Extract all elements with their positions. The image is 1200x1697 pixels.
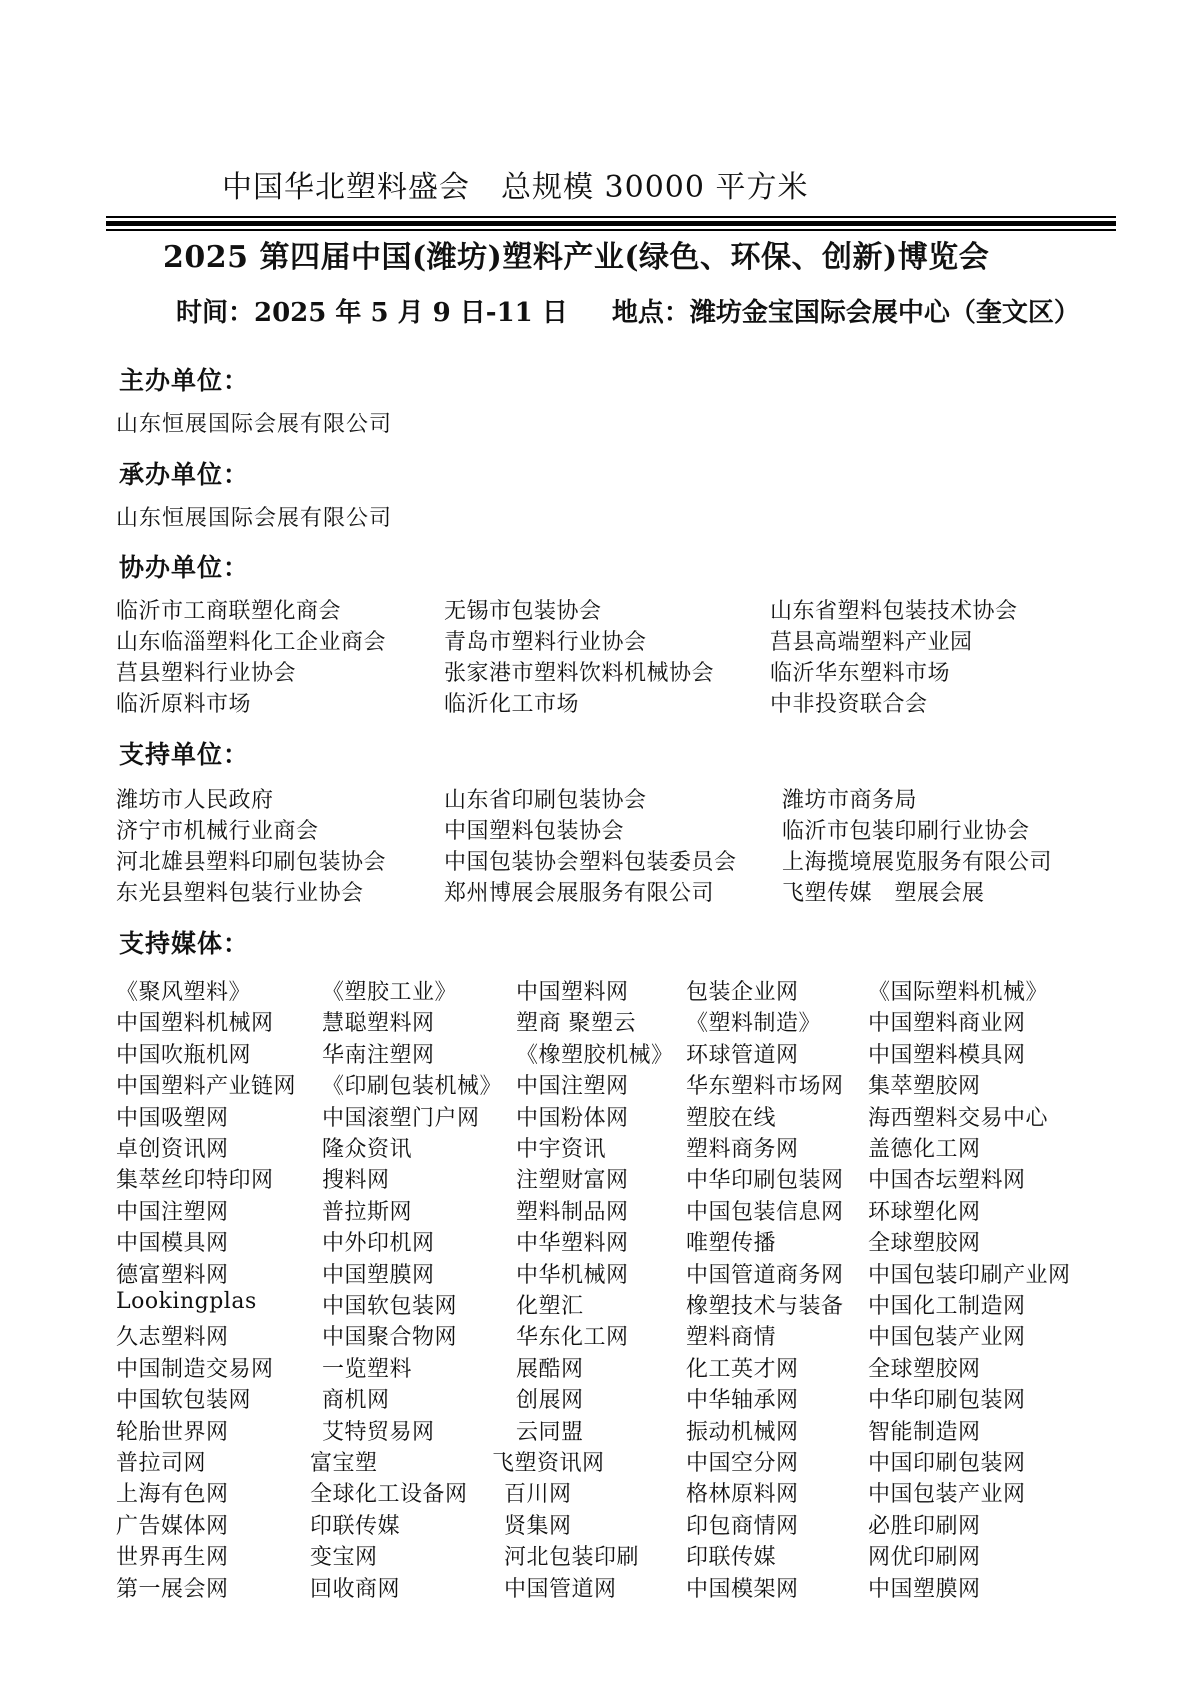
media-outlet: 世界再生网 [116,1540,229,1571]
media-outlet: 轮胎世界网 [116,1415,229,1446]
media-outlet: 中国模架网 [686,1572,799,1603]
media-outlet: 塑胶在线 [686,1101,776,1132]
media-outlet: 印包商情网 [686,1509,799,1540]
media-outlet: 全球化工设备网 [310,1477,468,1508]
supporter: 山东省印刷包装协会 [444,783,647,814]
media-label: 支持媒体： [119,924,249,960]
media-outlet: 中国粉体网 [516,1101,629,1132]
sponsor-value: 山东恒展国际会展有限公司 [116,407,392,438]
media-outlet: 德富塑料网 [116,1258,229,1289]
supporters-label: 支持单位： [119,735,249,771]
event-info-line: 时间：2025 年 5 月 9 日-11 日地点：潍坊金宝国际会展中心（奎文区） [176,292,1080,329]
media-outlet: 唯塑传播 [686,1226,776,1257]
media-outlet: 中国塑料商业网 [868,1006,1026,1037]
media-outlet: 中国包装产业网 [868,1320,1026,1351]
media-outlet: 回收商网 [310,1572,400,1603]
media-outlet: 盖德化工网 [868,1132,981,1163]
media-outlet: 塑料商务网 [686,1132,799,1163]
media-outlet: 中国制造交易网 [116,1352,274,1383]
media-outlet: 华南注塑网 [322,1038,435,1069]
divider-thin-bottom [106,229,1116,231]
media-outlet: 变宝网 [310,1540,378,1571]
media-outlet: 《橡塑胶机械》 [516,1038,674,1069]
media-outlet: 塑商 聚塑云 [516,1006,636,1037]
media-outlet: 塑料制品网 [516,1195,629,1226]
media-outlet: 包装企业网 [686,975,799,1006]
media-outlet: 百川网 [504,1477,572,1508]
supporter: 潍坊市人民政府 [116,783,274,814]
organizer-label: 承办单位： [119,455,249,491]
co-organizers-label: 协办单位： [119,548,249,584]
supporter: 临沂市包装印刷行业协会 [782,814,1030,845]
media-outlet: 华东塑料市场网 [686,1069,844,1100]
media-outlet: 必胜印刷网 [868,1509,981,1540]
media-outlet: 华东化工网 [516,1320,629,1351]
media-outlet: 全球塑胶网 [868,1352,981,1383]
media-outlet: 塑料商情 [686,1320,776,1351]
media-outlet: 中国塑料产业链网 [116,1069,296,1100]
co-organizer: 临沂华东塑料市场 [770,656,950,687]
media-outlet: 中华机械网 [516,1258,629,1289]
co-organizer: 临沂化工市场 [444,687,579,718]
organizer-value: 山东恒展国际会展有限公司 [116,501,392,532]
media-outlet: 《塑料制造》 [686,1006,821,1037]
media-outlet: 中国模具网 [116,1226,229,1257]
media-outlet: 中国注塑网 [116,1195,229,1226]
media-outlet: 全球塑胶网 [868,1226,981,1257]
media-outlet: 创展网 [516,1383,584,1414]
media-outlet: 中华塑料网 [516,1226,629,1257]
media-outlet: 展酷网 [516,1352,584,1383]
media-outlet: 中外印机网 [322,1226,435,1257]
co-organizer: 临沂市工商联塑化商会 [116,594,341,625]
media-outlet: 中国印刷包装网 [868,1446,1026,1477]
media-outlet: 中国塑料网 [516,975,629,1006]
media-outlet: 印联传媒 [686,1540,776,1571]
media-outlet: 振动机械网 [686,1415,799,1446]
media-outlet: 中国塑膜网 [322,1258,435,1289]
co-organizer: 山东省塑料包装技术协会 [770,594,1018,625]
media-outlet: 《聚风塑料》 [116,975,251,1006]
co-organizer: 张家港市塑料饮料机械协会 [444,656,714,687]
media-outlet: 中国塑料机械网 [116,1006,274,1037]
media-outlet: Lookingplas [116,1289,257,1314]
media-outlet: 集萃丝印特印网 [116,1163,274,1194]
co-organizer: 中非投资联合会 [770,687,928,718]
supporter: 济宁市机械行业商会 [116,814,319,845]
event-location: 地点：潍坊金宝国际会展中心（奎文区） [612,298,1080,328]
media-outlet: 化工英才网 [686,1352,799,1383]
media-outlet: 中国滚塑门户网 [322,1101,480,1132]
media-outlet: 普拉斯网 [322,1195,412,1226]
media-outlet: 中国包装信息网 [686,1195,844,1226]
media-outlet: 商机网 [322,1383,390,1414]
media-outlet: 搜料网 [322,1163,390,1194]
media-outlet: 艾特贸易网 [322,1415,435,1446]
media-outlet: 化塑汇 [516,1289,584,1320]
media-outlet: 中宇资讯 [516,1132,606,1163]
media-outlet: 中华印刷包装网 [868,1383,1026,1414]
sponsor-label: 主办单位： [119,361,249,397]
media-outlet: 《塑胶工业》 [322,975,457,1006]
media-outlet: 环球管道网 [686,1038,799,1069]
media-outlet: 普拉司网 [116,1446,206,1477]
media-outlet: 印联传媒 [310,1509,400,1540]
media-outlet: 中国塑膜网 [868,1572,981,1603]
media-outlet: 中国管道网 [504,1572,617,1603]
media-outlet: 中国软包装网 [116,1383,251,1414]
media-outlet: 上海有色网 [116,1477,229,1508]
co-organizer: 临沂原料市场 [116,687,251,718]
media-outlet: 《国际塑料机械》 [868,975,1048,1006]
media-outlet: 中国聚合物网 [322,1320,457,1351]
supporter: 潍坊市商务局 [782,783,917,814]
supporter: 东光县塑料包装行业协会 [116,876,364,907]
media-outlet: 中国杏坛塑料网 [868,1163,1026,1194]
event-time: 时间：2025 年 5 月 9 日-11 日 [176,298,568,328]
media-outlet: 注塑财富网 [516,1163,629,1194]
media-outlet: 慧聪塑料网 [322,1006,435,1037]
media-outlet: 久志塑料网 [116,1320,229,1351]
media-outlet: 智能制造网 [868,1415,981,1446]
media-outlet: 云同盟 [516,1415,584,1446]
supporter: 上海揽境展览服务有限公司 [782,845,1052,876]
media-outlet: 海西塑料交易中心 [868,1101,1048,1132]
media-outlet: 网优印刷网 [868,1540,981,1571]
supporter: 郑州博展会展服务有限公司 [444,876,714,907]
media-outlet: 中国化工制造网 [868,1289,1026,1320]
media-outlet: 中国吸塑网 [116,1101,229,1132]
media-outlet: 隆众资讯 [322,1132,412,1163]
media-outlet: 中国管道商务网 [686,1258,844,1289]
media-outlet: 中国软包装网 [322,1289,457,1320]
media-outlet: 卓创资讯网 [116,1132,229,1163]
co-organizer: 青岛市塑料行业协会 [444,625,647,656]
media-outlet: 贤集网 [504,1509,572,1540]
media-outlet: 一览塑料 [322,1352,412,1383]
media-outlet: 中国包装产业网 [868,1477,1026,1508]
media-outlet: 广告媒体网 [116,1509,229,1540]
media-outlet: 河北包装印刷 [504,1540,639,1571]
co-organizer: 山东临淄塑料化工企业商会 [116,625,386,656]
supporter: 中国塑料包装协会 [444,814,624,845]
media-outlet: 中华印刷包装网 [686,1163,844,1194]
co-organizer: 莒县塑料行业协会 [116,656,296,687]
supporter: 中国包装协会塑料包装委员会 [444,845,737,876]
media-outlet: 橡塑技术与装备 [686,1289,844,1320]
divider-thin-top [106,216,1116,218]
media-outlet: 中国注塑网 [516,1069,629,1100]
media-outlet: 中国空分网 [686,1446,799,1477]
top-title: 中国华北塑料盛会 总规模 30000 平方米 [222,162,809,206]
supporter: 河北雄县塑料印刷包装协会 [116,845,386,876]
co-organizer: 无锡市包装协会 [444,594,602,625]
media-outlet: 富宝塑 [310,1446,378,1477]
media-outlet: 飞塑资讯网 [492,1446,605,1477]
co-organizer: 莒县高端塑料产业园 [770,625,973,656]
media-outlet: 中国吹瓶机网 [116,1038,251,1069]
divider-thick [106,221,1116,226]
supporter: 飞塑传媒 塑展会展 [782,876,985,907]
main-title: 2025 第四届中国(潍坊)塑料产业(绿色、环保、创新)博览会 [163,232,989,276]
media-outlet: 中国塑料模具网 [868,1038,1026,1069]
media-outlet: 《印刷包装机械》 [322,1069,502,1100]
media-outlet: 中华轴承网 [686,1383,799,1414]
media-outlet: 格林原料网 [686,1477,799,1508]
media-outlet: 集萃塑胶网 [868,1069,981,1100]
media-outlet: 环球塑化网 [868,1195,981,1226]
media-outlet: 中国包装印刷产业网 [868,1258,1071,1289]
media-outlet: 第一展会网 [116,1572,229,1603]
